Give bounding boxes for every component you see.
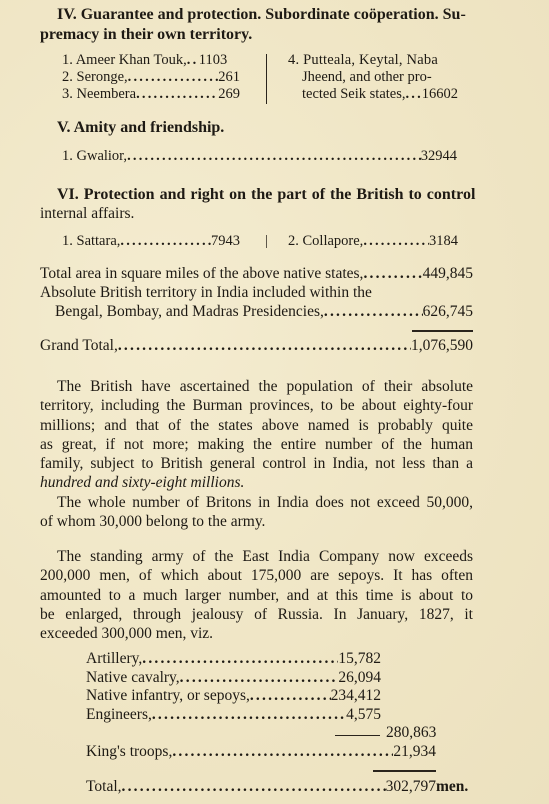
army-row-artillery: Artillery,15,782 <box>86 650 381 668</box>
sum-rule <box>412 330 473 332</box>
section-vi-heading-line2: internal affairs. <box>40 205 134 223</box>
british-territory-line1: Absolute British territory in India incl… <box>40 284 372 302</box>
list-item-seronge: 2. Seronge,261 <box>62 69 240 86</box>
total-native-states: Total area in square miles of the above … <box>40 265 473 283</box>
paragraph-army: The standing army of the East India Comp… <box>40 547 473 643</box>
army-row-cavalry: Native cavalry,26,094 <box>86 669 381 687</box>
subtotal-dash <box>335 735 380 736</box>
army-row-kings-troops: King's troops,21,934 <box>86 743 436 761</box>
army-subtotal: 280,863 <box>386 724 436 742</box>
list-item-putteala-line3: tected Seik states,16602 <box>302 86 458 103</box>
list-item-collapore: 2. Collapore,3184 <box>288 233 458 250</box>
total-rule <box>373 770 436 772</box>
list-item-ameer-khan: 1. Ameer Khan Touk,1103 <box>62 52 240 69</box>
list-item-gwalior: 1. Gwalior, 32944 <box>62 148 457 165</box>
list-item-putteala-line2: Jheend, and other pro- <box>302 69 432 86</box>
list-item-neembera: 3. Neembera 269 <box>62 86 240 103</box>
section-iv-heading-line2: premacy in their own territory. <box>40 26 252 44</box>
section-v-heading: V. Amity and friendship. <box>57 119 224 137</box>
paragraph-population: The British have ascertained the populat… <box>40 377 473 531</box>
section-iv-heading-line1: IV. Guarantee and protection. Subordinat… <box>57 6 466 24</box>
grand-total: Grand Total,1,076,590 <box>40 337 473 355</box>
column-divider <box>266 54 267 104</box>
british-territory-total: Bengal, Bombay, and Madras Presidencies,… <box>55 303 473 321</box>
army-total-unit: men. <box>436 778 468 796</box>
list-item-sattara: 1. Sattara,7943 <box>62 233 240 250</box>
italic-emphasis: hundred and sixty-eight millions. <box>40 473 473 492</box>
army-row-engineers: Engineers,4,575 <box>86 706 381 724</box>
army-total: Total, 302,797 <box>86 778 436 796</box>
army-row-infantry: Native infantry, or sepoys,234,412 <box>86 687 381 705</box>
list-item-putteala-line1: 4. Putteala, Keytal, Naba <box>288 52 438 69</box>
section-vi-heading-line1: VI. Protection and right on the part of … <box>57 186 475 204</box>
book-page: IV. Guarantee and protection. Subordinat… <box>0 0 549 804</box>
inline-separator: | <box>265 233 268 250</box>
